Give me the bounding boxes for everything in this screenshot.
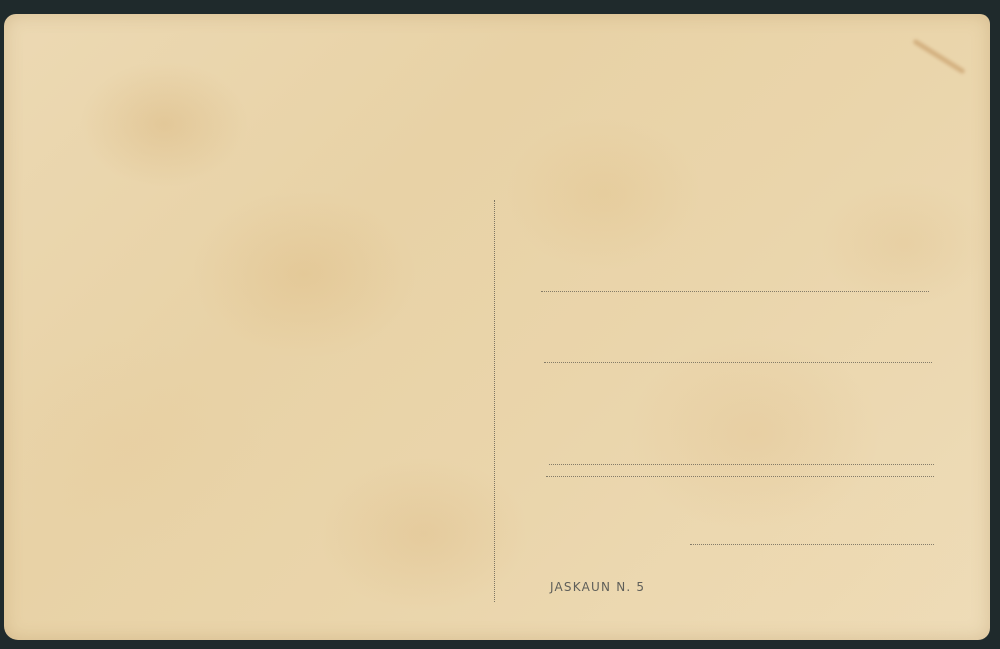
age-stain (912, 38, 966, 74)
dotted-center-divider (494, 200, 495, 602)
publisher-imprint: JASKAUN N. 5 (550, 580, 645, 594)
postcard-back: JASKAUN N. 5 (4, 14, 990, 640)
address-line-1 (541, 291, 929, 292)
address-line-5 (690, 544, 934, 545)
address-line-3 (549, 464, 934, 465)
address-line-2 (544, 362, 932, 363)
address-line-4 (546, 476, 934, 477)
